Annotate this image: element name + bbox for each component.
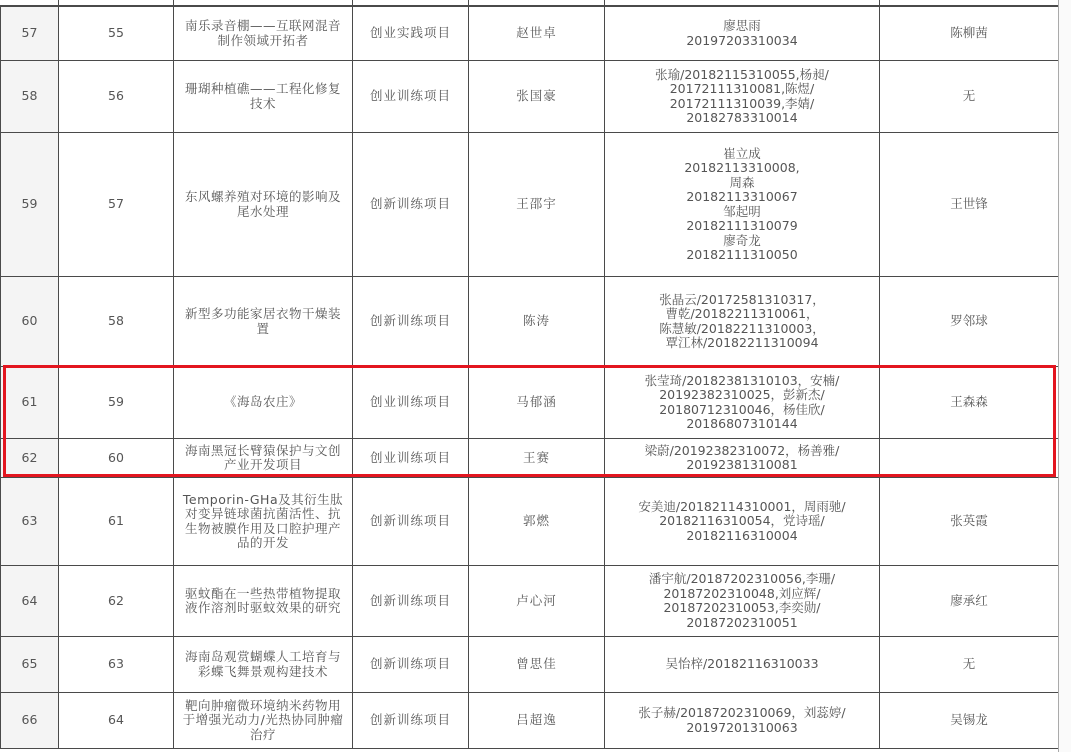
member-line: 廖思雨 [611,19,873,34]
seq-cell[interactable]: 62 [59,566,174,637]
member-line: 张晶云/20172581310317， [611,293,873,308]
project-title-cell[interactable]: 东风螺养殖对环境的影响及尾水处理 [174,133,353,277]
member-line: 张莹琦/20182381310103，安楠/ [611,374,873,389]
member-line: 张子赫/20187202310069，刘蕊婷/ [611,706,873,721]
member-line: 20192381310081 [611,458,873,473]
project-type-cell[interactable]: 创新训练项目 [353,133,469,277]
table-row: 59 57 东风螺养殖对环境的影响及尾水处理 创新训练项目 王邵宇 崔立成201… [1,133,1059,277]
member-line: 20182116310004 [611,529,873,544]
project-title-cell[interactable]: 《海岛农庄》 [174,367,353,439]
row-number[interactable]: 58 [1,61,59,133]
seq-cell[interactable]: 58 [59,277,174,367]
members-cell[interactable]: 张子赫/20187202310069，刘蕊婷/20197201310063 [605,693,880,749]
project-type-cell[interactable]: 创业实践项目 [353,7,469,61]
advisor-cell[interactable]: 无 [880,637,1059,693]
member-line: 20182113310067 [611,190,873,205]
member-line: 20182116310054，党诗瑶/ [611,514,873,529]
table-row: 63 61 Temporin-GHa及其衍生肽对变异链球菌抗菌活性、抗生物被膜作… [1,478,1059,566]
project-title-cell[interactable]: 南乐录音棚——互联网混音制作领域开拓者 [174,7,353,61]
members-cell[interactable]: 安美迪/20182114310001，周雨驰/20182116310054，党诗… [605,478,880,566]
row-number[interactable]: 66 [1,693,59,749]
table-row: 65 63 海南岛观赏蝴蝶人工培育与彩蝶飞舞景观构建技术 创新训练项目 曾思佳 … [1,637,1059,693]
member-line: 安美迪/20182114310001，周雨驰/ [611,500,873,515]
project-title-cell[interactable]: 新型多功能家居衣物干燥装置 [174,277,353,367]
project-type-cell[interactable]: 创新训练项目 [353,478,469,566]
member-line: 20187202310053,李奕勋/ [611,601,873,616]
member-line: 陈慧敏/20182211310003， [611,322,873,337]
members-cell[interactable]: 梁蔚/20192382310072，杨善雅/20192381310081 [605,439,880,478]
project-table: 57 55 南乐录音棚——互联网混音制作领域开拓者 创业实践项目 赵世卓 廖思雨… [0,6,1059,749]
member-line: 20182783310014 [611,111,873,126]
member-line: 吴怡梓/20182116310033 [611,657,873,672]
member-line: 张瑜/20182115310055,杨昶/ [611,68,873,83]
member-line: 20182113310008, [611,161,873,176]
leader-cell[interactable]: 陈涛 [469,277,605,367]
adjacent-column-edge [1058,0,1071,752]
leader-cell[interactable]: 吕超逸 [469,693,605,749]
member-line: 20172111310081,陈煜/ [611,82,873,97]
table-row: 61 59 《海岛农庄》 创业训练项目 马郁涵 张莹琦/201823813101… [1,367,1059,439]
table-row: 64 62 驱蚊酯在一些热带植物提取液作溶剂时驱蚊效果的研究 创新训练项目 卢心… [1,566,1059,637]
member-line: 曹乾/20182211310061， [611,307,873,322]
leader-cell[interactable]: 张国豪 [469,61,605,133]
members-cell[interactable]: 廖思雨20197203310034 [605,7,880,61]
project-type-cell[interactable]: 创业训练项目 [353,367,469,439]
seq-cell[interactable]: 55 [59,7,174,61]
seq-cell[interactable]: 59 [59,367,174,439]
member-line: 20197201310063 [611,721,873,736]
leader-cell[interactable]: 曾思佳 [469,637,605,693]
members-cell[interactable]: 张瑜/20182115310055,杨昶/20172111310081,陈煜/2… [605,61,880,133]
row-number[interactable]: 60 [1,277,59,367]
row-number[interactable]: 64 [1,566,59,637]
member-line: 20187202310051 [611,616,873,631]
row-number[interactable]: 62 [1,439,59,478]
row-number[interactable]: 59 [1,133,59,277]
table-row: 62 60 海南黑冠长臂猿保护与文创产业开发项目 创业训练项目 王赛 梁蔚/20… [1,439,1059,478]
member-line: 20197203310034 [611,34,873,49]
row-number[interactable]: 61 [1,367,59,439]
seq-cell[interactable]: 63 [59,637,174,693]
members-cell[interactable]: 张晶云/20172581310317，曹乾/20182211310061，陈慧敏… [605,277,880,367]
project-title-cell[interactable]: 靶向肿瘤微环境纳米药物用于增强光动力/光热协同肿瘤治疗 [174,693,353,749]
member-line: 潘宇航/20187202310056,李珊/ [611,572,873,587]
project-type-cell[interactable]: 创新训练项目 [353,277,469,367]
member-line: 20172111310039,李婧/ [611,97,873,112]
project-title-cell[interactable]: Temporin-GHa及其衍生肽对变异链球菌抗菌活性、抗生物被膜作用及口腔护理… [174,478,353,566]
members-cell[interactable]: 潘宇航/20187202310056,李珊/20187202310048,刘应辉… [605,566,880,637]
seq-cell[interactable]: 64 [59,693,174,749]
leader-cell[interactable]: 王邵宇 [469,133,605,277]
project-title-cell[interactable]: 海南黑冠长臂猿保护与文创产业开发项目 [174,439,353,478]
leader-cell[interactable]: 郭燃 [469,478,605,566]
project-type-cell[interactable]: 创业训练项目 [353,61,469,133]
project-title-cell[interactable]: 海南岛观赏蝴蝶人工培育与彩蝶飞舞景观构建技术 [174,637,353,693]
project-type-cell[interactable]: 创新训练项目 [353,637,469,693]
table-row: 58 56 珊瑚种植礁——工程化修复技术 创业训练项目 张国豪 张瑜/20182… [1,61,1059,133]
members-cell[interactable]: 张莹琦/20182381310103，安楠/20192382310025，彭新杰… [605,367,880,439]
table-row: 60 58 新型多功能家居衣物干燥装置 创新训练项目 陈涛 张晶云/201725… [1,277,1059,367]
leader-cell[interactable]: 马郁涵 [469,367,605,439]
member-line: 20180712310046，杨佳欣/ [611,403,873,418]
project-title-cell[interactable]: 驱蚊酯在一些热带植物提取液作溶剂时驱蚊效果的研究 [174,566,353,637]
advisor-cell[interactable]: 罗邻球 [880,277,1059,367]
member-line: 周森 [611,176,873,191]
advisor-cell[interactable]: 陈柳茜 [880,7,1059,61]
member-line: 20186807310144 [611,417,873,432]
row-number[interactable]: 57 [1,7,59,61]
seq-cell[interactable]: 56 [59,61,174,133]
advisor-cell[interactable]: 无 [880,61,1059,133]
table-row: 57 55 南乐录音棚——互联网混音制作领域开拓者 创业实践项目 赵世卓 廖思雨… [1,7,1059,61]
advisor-cell[interactable]: 张英霞 [880,478,1059,566]
row-number[interactable]: 65 [1,637,59,693]
advisor-cell[interactable] [880,439,1059,478]
advisor-cell[interactable]: 王世锋 [880,133,1059,277]
advisor-cell[interactable]: 王森森 [880,367,1059,439]
member-line: 20192382310025，彭新杰/ [611,388,873,403]
row-number[interactable]: 63 [1,478,59,566]
member-line: 20182111310079 [611,219,873,234]
member-line: 廖奇龙 [611,234,873,249]
spreadsheet-view: 57 55 南乐录音棚——互联网混音制作领域开拓者 创业实践项目 赵世卓 廖思雨… [0,0,1071,752]
seq-cell[interactable]: 60 [59,439,174,478]
member-line: 覃江林/20182211310094 [611,336,873,351]
leader-cell[interactable]: 赵世卓 [469,7,605,61]
member-line: 梁蔚/20192382310072，杨善雅/ [611,444,873,459]
advisor-cell[interactable]: 吴锡龙 [880,693,1059,749]
project-title-cell[interactable]: 珊瑚种植礁——工程化修复技术 [174,61,353,133]
table-row: 66 64 靶向肿瘤微环境纳米药物用于增强光动力/光热协同肿瘤治疗 创新训练项目… [1,693,1059,749]
project-type-cell[interactable]: 创新训练项目 [353,566,469,637]
project-type-cell[interactable]: 创新训练项目 [353,693,469,749]
member-line: 邹起明 [611,205,873,220]
seq-cell[interactable]: 57 [59,133,174,277]
project-type-cell[interactable]: 创业训练项目 [353,439,469,478]
leader-cell[interactable]: 王赛 [469,439,605,478]
members-cell[interactable]: 吴怡梓/20182116310033 [605,637,880,693]
member-line: 20182111310050 [611,248,873,263]
advisor-cell[interactable]: 廖承红 [880,566,1059,637]
member-line: 崔立成 [611,147,873,162]
members-cell[interactable]: 崔立成20182113310008,周森20182113310067邹起明201… [605,133,880,277]
leader-cell[interactable]: 卢心河 [469,566,605,637]
seq-cell[interactable]: 61 [59,478,174,566]
member-line: 20187202310048,刘应辉/ [611,587,873,602]
